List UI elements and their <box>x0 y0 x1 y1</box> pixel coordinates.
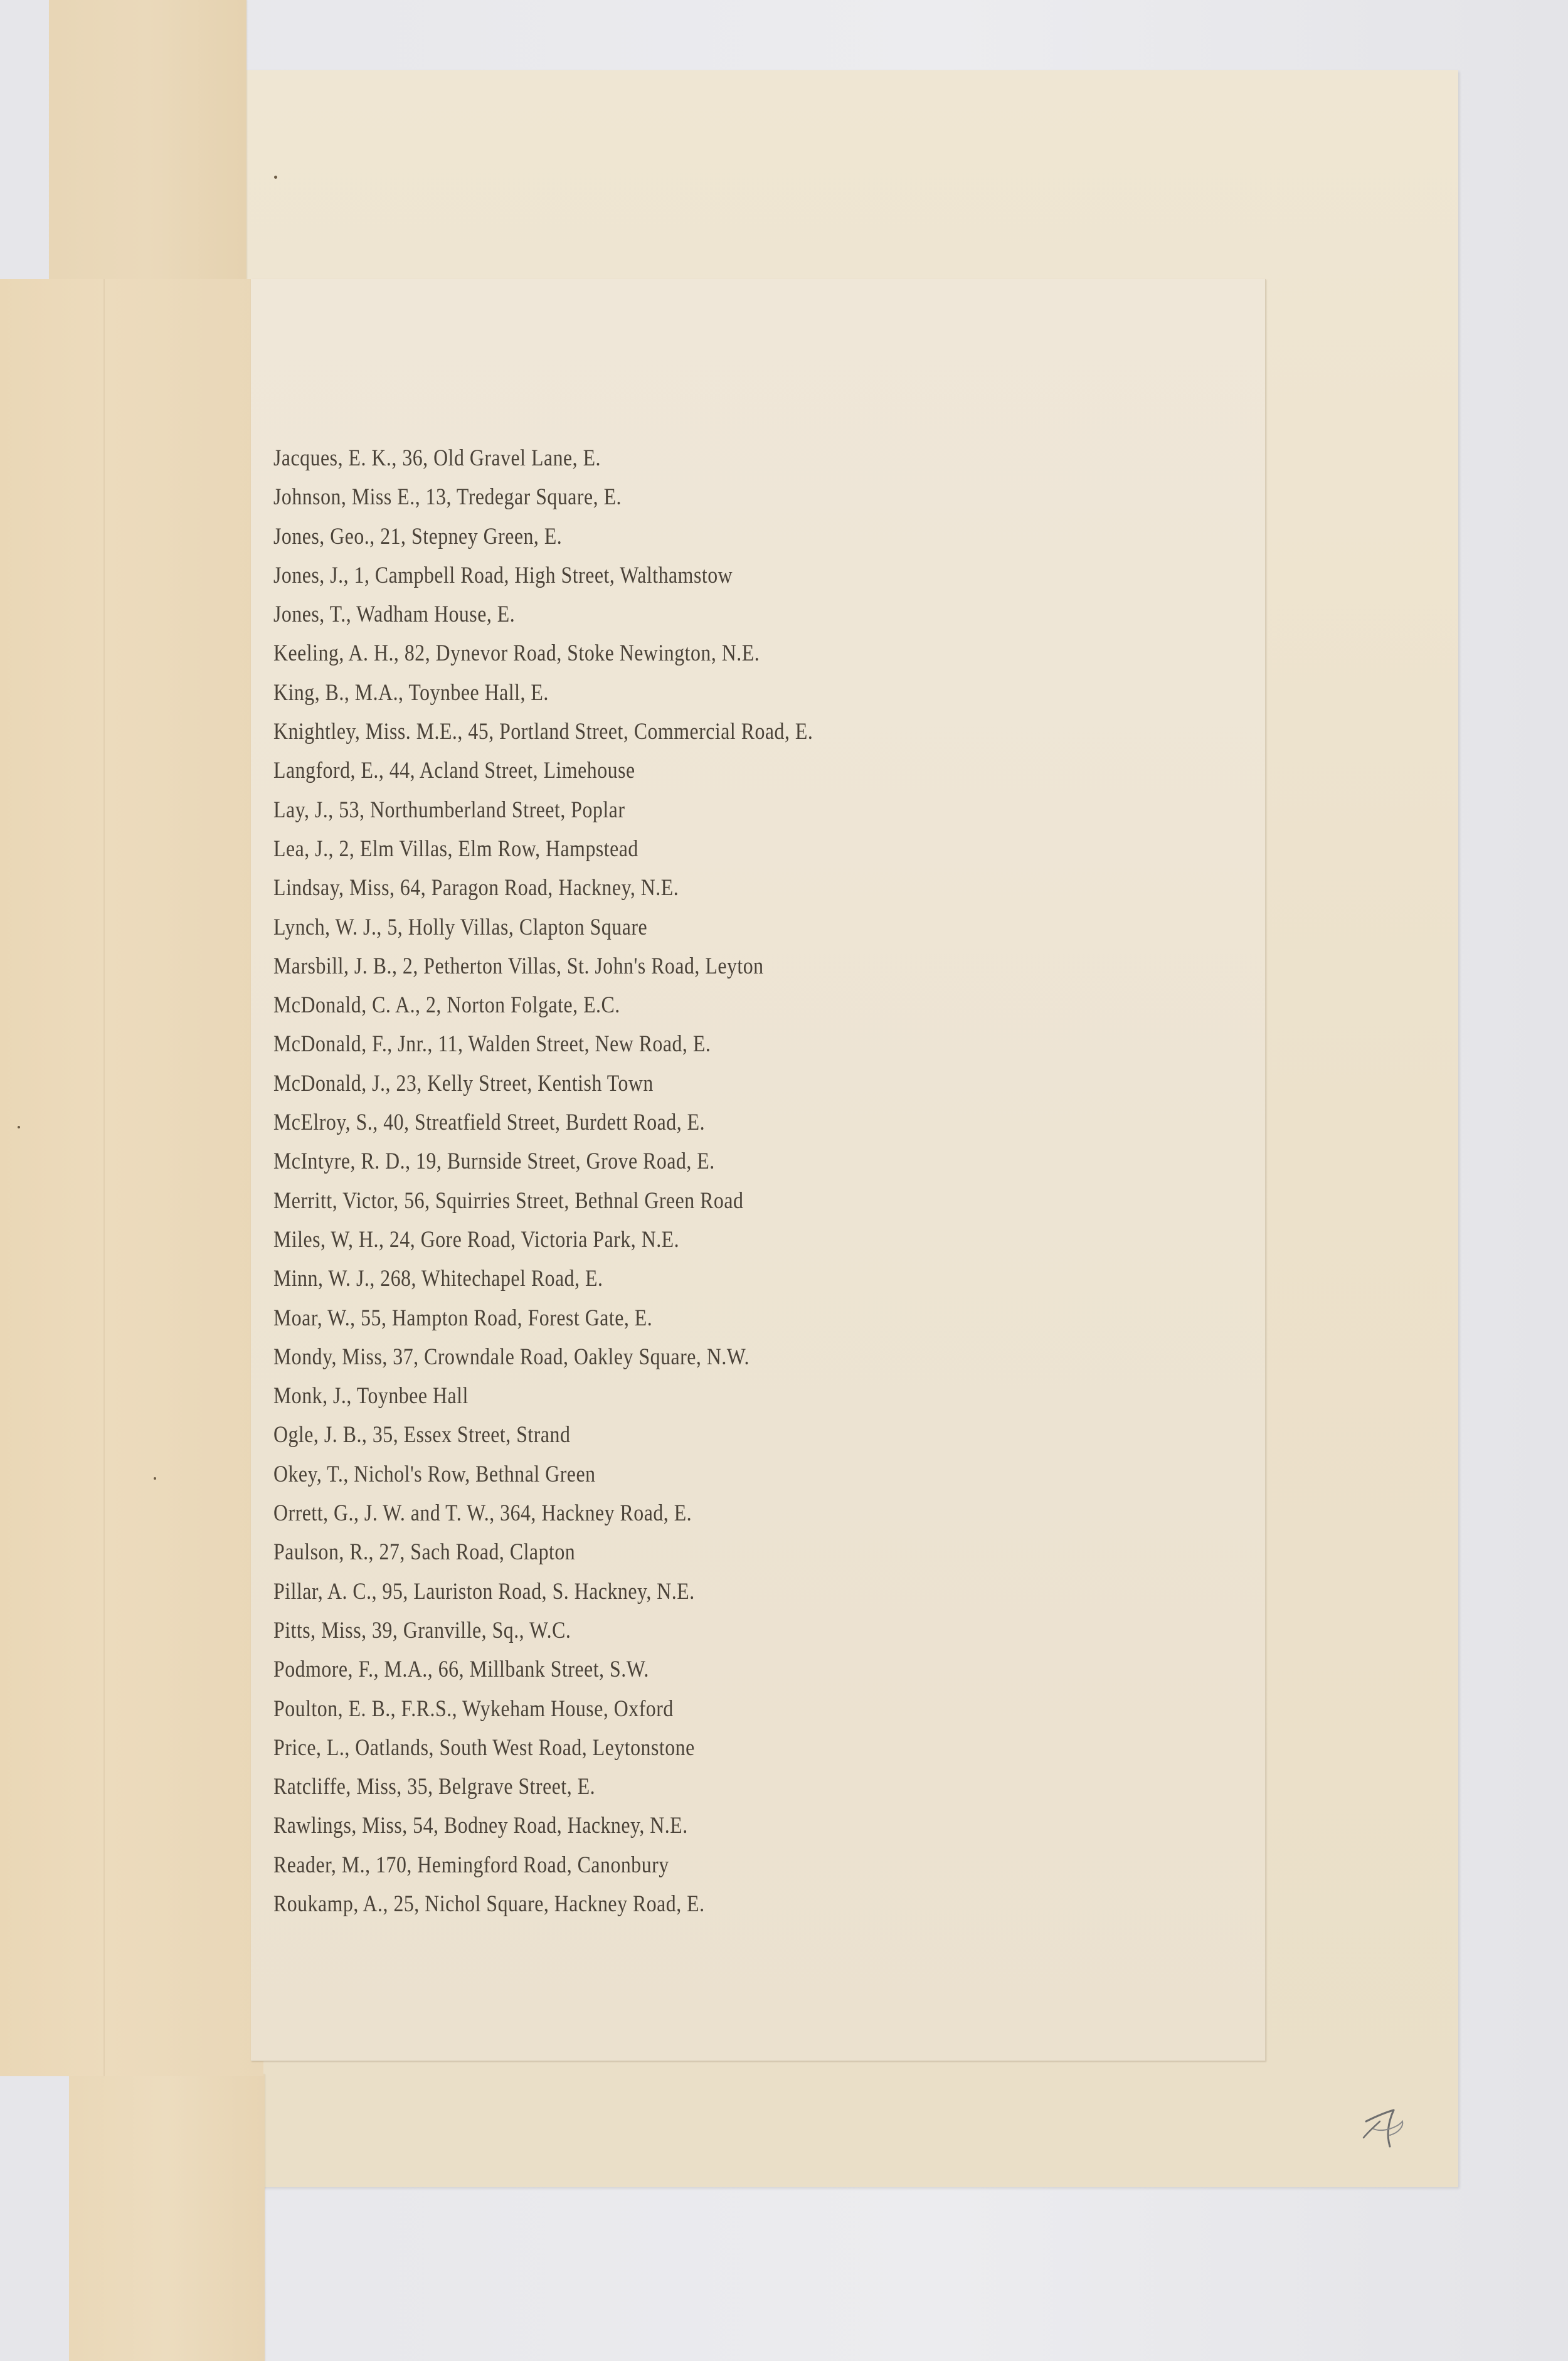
list-item: Mondy, Miss, 37, Crowndale Road, Oakley … <box>273 1338 813 1377</box>
list-item: McIntyre, R. D., 19, Burnside Street, Gr… <box>273 1142 813 1181</box>
list-item: Paulson, R., 27, Sach Road, Clapton <box>273 1533 813 1572</box>
list-item: King, B., M.A., Toynbee Hall, E. <box>273 674 813 713</box>
list-item: Pitts, Miss, 39, Granville, Sq., W.C. <box>273 1611 813 1650</box>
list-item: Orrett, G., J. W. and T. W., 364, Hackne… <box>273 1494 813 1533</box>
list-item: Rawlings, Miss, 54, Bodney Road, Hackney… <box>273 1807 813 1845</box>
list-item: Minn, W. J., 268, Whitechapel Road, E. <box>273 1260 813 1298</box>
list-item: Knightley, Miss. M.E., 45, Portland Stre… <box>273 713 813 751</box>
paper-speck <box>18 1126 20 1128</box>
list-item: Roukamp, A., 25, Nichol Square, Hackney … <box>273 1885 813 1924</box>
list-item: Price, L., Oatlands, South West Road, Le… <box>273 1729 813 1768</box>
list-item: McDonald, J., 23, Kelly Street, Kentish … <box>273 1064 813 1103</box>
list-item: Lay, J., 53, Northumberland Street, Popl… <box>273 791 813 830</box>
list-item: Lynch, W. J., 5, Holly Villas, Clapton S… <box>273 908 813 947</box>
list-item: Langford, E., 44, Acland Street, Limehou… <box>273 751 813 790</box>
list-item: Ratcliffe, Miss, 35, Belgrave Street, E. <box>273 1768 813 1807</box>
list-item: Okey, T., Nichol's Row, Bethnal Green <box>273 1455 813 1494</box>
list-item: McDonald, F., Jnr., 11, Walden Street, N… <box>273 1025 813 1064</box>
handwritten-pencil-mark-icon <box>1361 2108 1405 2151</box>
list-item: Moar, W., 55, Hampton Road, Forest Gate,… <box>273 1299 813 1338</box>
list-item: McElroy, S., 40, Streatfield Street, Bur… <box>273 1103 813 1142</box>
list-item: Marsbill, J. B., 2, Petherton Villas, St… <box>273 947 813 986</box>
list-item: Poulton, E. B., F.R.S., Wykeham House, O… <box>273 1690 813 1729</box>
list-item: Lea, J., 2, Elm Villas, Elm Row, Hampste… <box>273 830 813 869</box>
list-item: Podmore, F., M.A., 66, Millbank Street, … <box>273 1650 813 1689</box>
list-item: Ogle, J. B., 35, Essex Street, Strand <box>273 1416 813 1455</box>
list-item: Miles, W, H., 24, Gore Road, Victoria Pa… <box>273 1221 813 1260</box>
front-page: Jacques, E. K., 36, Old Gravel Lane, E. … <box>251 279 1266 2061</box>
folded-left-flap <box>0 279 263 2076</box>
list-item: Lindsay, Miss, 64, Paragon Road, Hackney… <box>273 869 813 908</box>
list-item: Monk, J., Toynbee Hall <box>273 1377 813 1416</box>
list-item: Merritt, Victor, 56, Squirries Street, B… <box>273 1182 813 1221</box>
address-list: Jacques, E. K., 36, Old Gravel Lane, E. … <box>273 439 901 1924</box>
fold-crease <box>103 279 105 2076</box>
list-item: Jones, Geo., 21, Stepney Green, E. <box>273 517 813 556</box>
paper-speck <box>154 1477 156 1480</box>
list-item: Reader, M., 170, Hemingford Road, Canonb… <box>273 1846 813 1885</box>
list-item: McDonald, C. A., 2, Norton Folgate, E.C. <box>273 986 813 1025</box>
binding-strip-bottom <box>69 2074 265 2361</box>
list-item: Keeling, A. H., 82, Dynevor Road, Stoke … <box>273 634 813 673</box>
paper-speck <box>274 176 277 179</box>
list-item: Jones, J., 1, Campbell Road, High Street… <box>273 556 813 595</box>
list-item: Jacques, E. K., 36, Old Gravel Lane, E. <box>273 439 813 478</box>
list-item: Pillar, A. C., 95, Lauriston Road, S. Ha… <box>273 1573 813 1611</box>
list-item: Johnson, Miss E., 13, Tredegar Square, E… <box>273 478 813 517</box>
binding-strip-top <box>49 0 246 279</box>
list-item: Jones, T., Wadham House, E. <box>273 595 813 634</box>
